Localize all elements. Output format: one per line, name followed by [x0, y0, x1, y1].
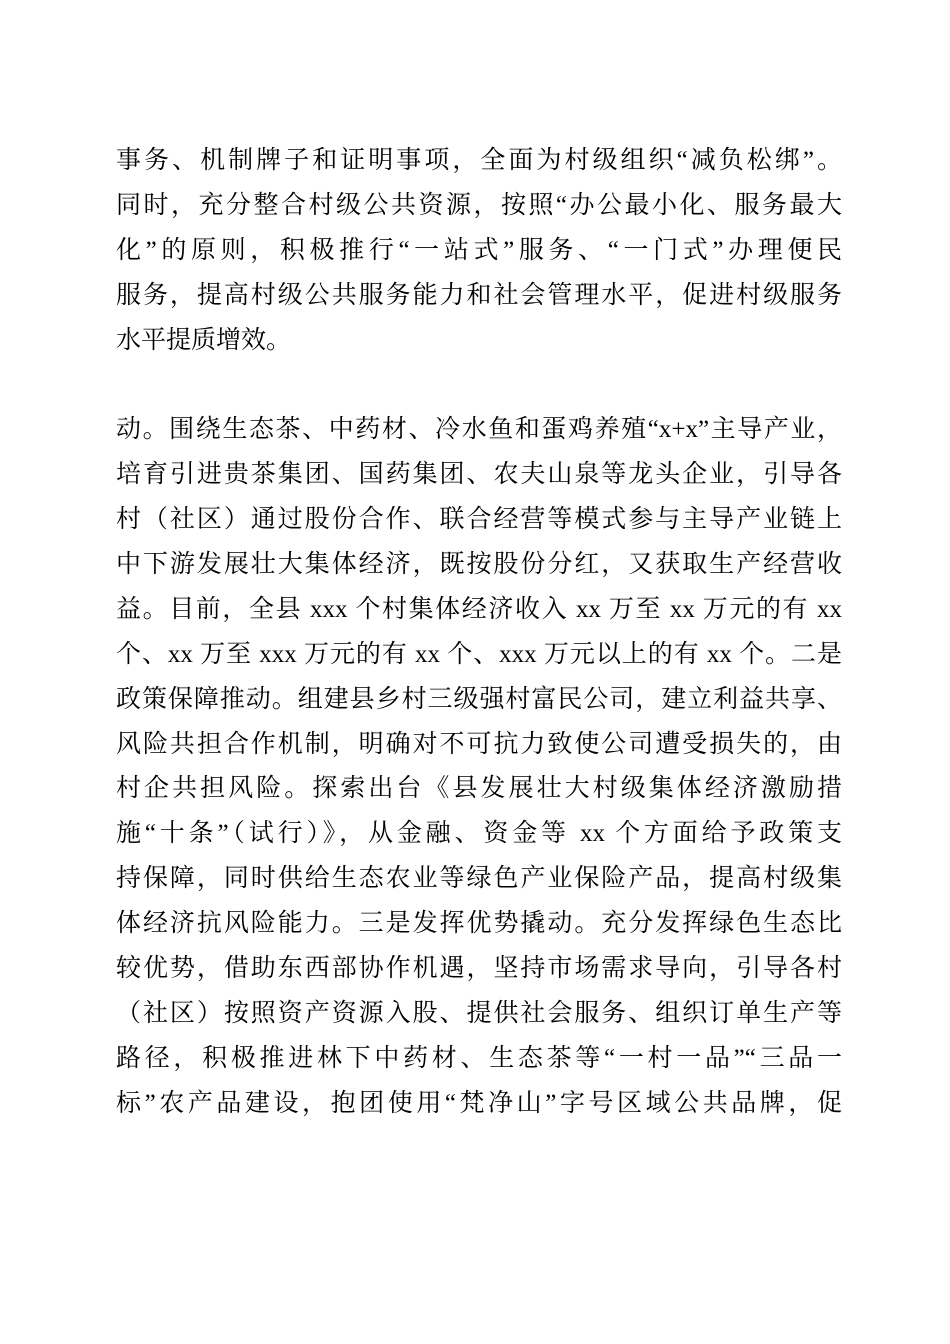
text-line: 政策保障推动。组建县乡村三级强村富民公司，建立利益共享、 — [116, 678, 842, 723]
text-line: 较优势，借助东西部协作机遇，坚持市场需求导向，引导各村 — [116, 947, 842, 992]
text-line: 路径，积极推进林下中药材、生态茶等“一村一品”“三品一 — [116, 1037, 842, 1082]
text-line: 村企共担风险。探索出台《县发展壮大村级集体经济激励措 — [116, 767, 842, 812]
text-line: 同时，充分整合村级公共资源，按照“办公最小化、服务最大 — [116, 184, 842, 229]
text-line: 化”的原则，积极推行“一站式”服务、“一门式”办理便民 — [116, 229, 842, 274]
text-line: 持保障，同时供给生态农业等绿色产业保险产品，提高村级集 — [116, 857, 842, 902]
text-line: 村（社区）通过股份合作、联合经营等模式参与主导产业链上 — [116, 498, 842, 543]
text-line: 水平提质增效。 — [116, 319, 842, 364]
text-line: 事务、机制牌子和证明事项，全面为村级组织“减负松绑”。 — [116, 139, 842, 184]
text-line: 益。目前，全县 xxx 个村集体经济收入 xx 万至 xx 万元的有 xx — [116, 588, 842, 633]
text-line: 施“十条”（试行）》，从金融、资金等 xx 个方面给予政策支 — [116, 812, 842, 857]
text-line: 中下游发展壮大集体经济，既按股份分红，又获取生产经营收 — [116, 543, 842, 588]
text-line: 标”农产品建设，抱团使用“梵净山”字号区域公共品牌，促 — [116, 1082, 842, 1127]
document-body: 事务、机制牌子和证明事项，全面为村级组织“减负松绑”。 同时，充分整合村级公共资… — [116, 139, 842, 1127]
text-line: 风险共担合作机制，明确对不可抗力致使公司遭受损失的，由 — [116, 723, 842, 768]
document-page: 事务、机制牌子和证明事项，全面为村级组织“减负松绑”。 同时，充分整合村级公共资… — [0, 0, 950, 1344]
text-line: 动。围绕生态茶、中药材、冷水鱼和蛋鸡养殖“x+x”主导产业， — [116, 408, 842, 453]
text-line: 服务，提高村级公共服务能力和社会管理水平，促进村级服务 — [116, 274, 842, 319]
text-line: （社区）按照资产资源入股、提供社会服务、组织订单生产等 — [116, 992, 842, 1037]
text-line: 个、xx 万至 xxx 万元的有 xx 个、xxx 万元以上的有 xx 个。二是 — [116, 633, 842, 678]
text-line: 二、坚持生态优先，促集体经济强起来。一是主导产业带 — [116, 363, 842, 408]
text-line: 培育引进贵茶集团、国药集团、农夫山泉等龙头企业，引导各 — [116, 453, 842, 498]
text-line: 体经济抗风险能力。三是发挥优势撬动。充分发挥绿色生态比 — [116, 902, 842, 947]
